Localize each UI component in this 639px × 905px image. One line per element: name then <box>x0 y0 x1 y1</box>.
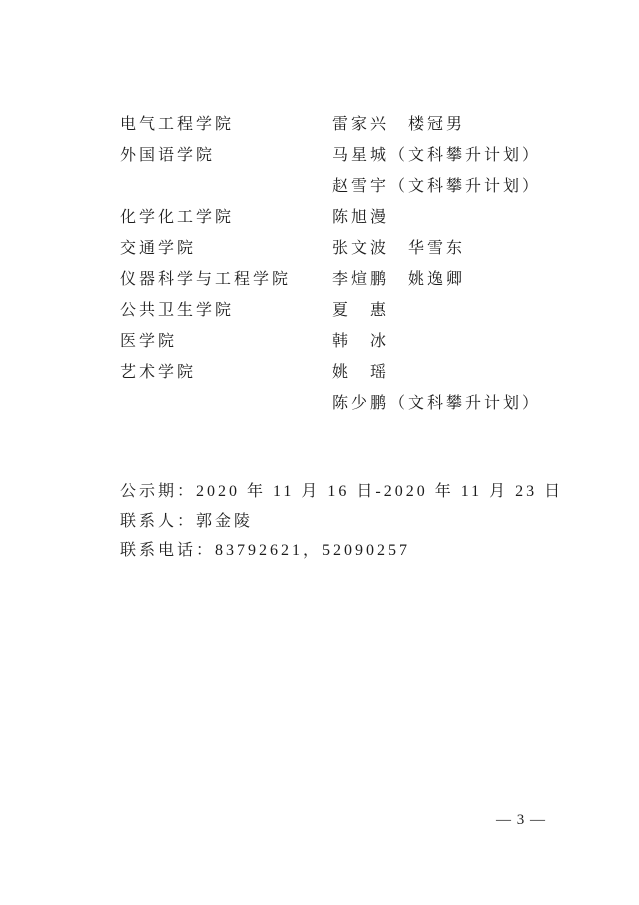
notice-info-block: 公示期：2020 年 11 月 16 日-2020 年 11 月 23 日 联系… <box>120 475 563 564</box>
roster-row: 公共卫生学院 夏 惠 <box>120 293 541 324</box>
contact-phone-line: 联系电话：83792621，52090257 <box>120 534 563 564</box>
contact-person-line: 联系人：郭金陵 <box>120 505 563 535</box>
publicity-period-line: 公示期：2020 年 11 月 16 日-2020 年 11 月 23 日 <box>120 475 563 505</box>
college-name: 外国语学院 <box>120 142 332 165</box>
roster-row: 化学化工学院 陈旭漫 <box>120 200 541 231</box>
document-page: 电气工程学院 雷家兴 楼冠男 外国语学院 马星城（文科攀升计划） 赵雪宇（文科攀… <box>0 0 639 905</box>
college-name: 交通学院 <box>120 235 332 258</box>
awardee-names: 夏 惠 <box>332 297 389 320</box>
roster-row: 艺术学院 姚 瑶 <box>120 355 541 386</box>
roster-row: 交通学院 张文波 华雪东 <box>120 231 541 262</box>
roster-row: 外国语学院 马星城（文科攀升计划） <box>120 138 541 169</box>
college-name: 艺术学院 <box>120 359 332 382</box>
college-name: 医学院 <box>120 328 332 351</box>
awardee-names: 陈少鹏（文科攀升计划） <box>332 390 541 413</box>
page-number: — 3 — <box>496 812 546 829</box>
college-name: 公共卫生学院 <box>120 297 332 320</box>
awardee-names: 张文波 华雪东 <box>332 235 465 258</box>
awardee-names: 姚 瑶 <box>332 359 389 382</box>
roster-row: 陈少鹏（文科攀升计划） <box>120 386 541 417</box>
awardee-names: 赵雪宇（文科攀升计划） <box>332 173 541 196</box>
awardee-names: 李煊鹏 姚逸卿 <box>332 266 465 289</box>
awardee-names: 韩 冰 <box>332 328 389 351</box>
college-name: 电气工程学院 <box>120 111 332 134</box>
roster-row: 医学院 韩 冰 <box>120 324 541 355</box>
awardee-names: 雷家兴 楼冠男 <box>332 111 465 134</box>
awardee-names: 马星城（文科攀升计划） <box>332 142 541 165</box>
award-roster: 电气工程学院 雷家兴 楼冠男 外国语学院 马星城（文科攀升计划） 赵雪宇（文科攀… <box>120 107 541 417</box>
roster-row: 赵雪宇（文科攀升计划） <box>120 169 541 200</box>
roster-row: 仪器科学与工程学院 李煊鹏 姚逸卿 <box>120 262 541 293</box>
college-name: 仪器科学与工程学院 <box>120 266 332 289</box>
roster-row: 电气工程学院 雷家兴 楼冠男 <box>120 107 541 138</box>
college-name: 化学化工学院 <box>120 204 332 227</box>
awardee-names: 陈旭漫 <box>332 204 389 227</box>
